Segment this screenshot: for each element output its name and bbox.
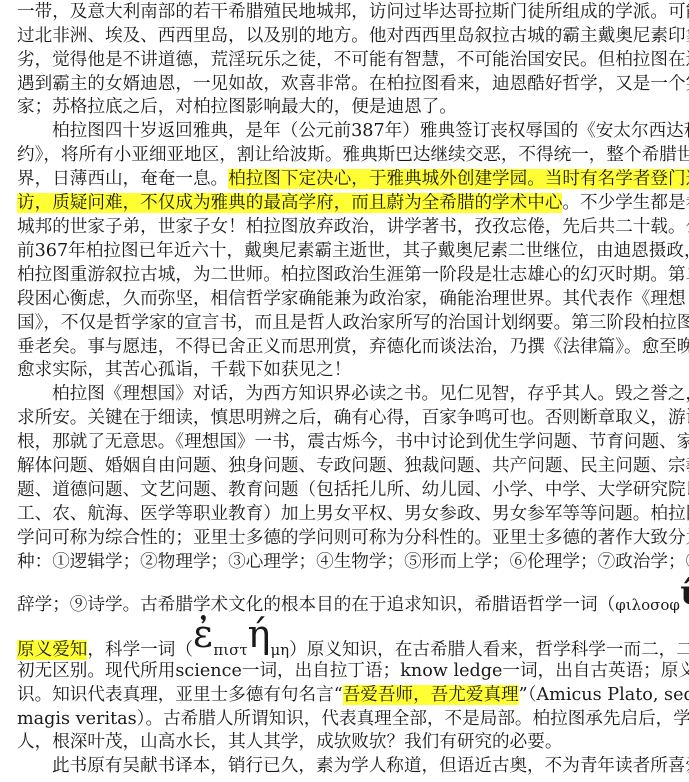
- highlighted-text: 柏拉图下定决心，于雅典城外创建学园。当时有名学者登门造: [228, 169, 689, 189]
- text-run: 辞学；⑨诗学。古希腊学术文化的根本目的在于追求知识，希腊语哲学一词（: [17, 595, 615, 615]
- text-line: 家；苏格拉底之后，对柏拉图影响最大的，便是迪恩了。: [17, 96, 669, 118]
- greek-accent-glyph: ἐ: [193, 612, 213, 656]
- text-line: 工、农、航海、医学等职业教育）加上男女平权、男女参政、男女参军等等问题。柏拉图的: [17, 503, 669, 525]
- text-line: 根，那就了无意思。《理想国》一书，震古烁今，书中讨论到优生学问题、节育问题、家庭: [17, 431, 669, 453]
- text-line: 解体问题、婚姻自由问题、独身问题、专政问题、独裁问题、共产问题、民主问题、宗教问: [17, 455, 669, 477]
- text-line: 此书原有吴献书译本，销行已久，素为学人称道，但语近古奥，不为青年读者所喜爱，: [52, 755, 669, 777]
- text-line: 一带，及意大利南部的若干希腊殖民地城邦，访问过毕达哥拉斯门徒所组成的学派。可能到: [17, 1, 669, 23]
- text-line: 劣，觉得他是不讲道德，荒淫玩乐之徒，不可能有智慧，不可能治国安民。但柏拉图在这里: [17, 49, 669, 71]
- text-line: 柏拉图重游叙拉古城，为二世师。柏拉图政治生涯第一阶段是壮志雄心的幻灭时期。第二阶: [17, 264, 669, 286]
- text-run: 。不少学生都是希腊: [562, 193, 689, 213]
- text-line: 国》，不仅是哲学家的宣言书，而且是哲人政治家所写的治国计划纲要。第三阶段柏拉图垂: [17, 312, 669, 334]
- text-line: 识。知识代表真理，亚里士多德有句名言“吾爱吾师，吾尤爱真理”（Amicus Pl…: [17, 684, 669, 706]
- greek-eta-glyph: ή: [248, 612, 271, 656]
- text-line: 求所安。关键在于细读，慎思明辨之后，确有心得，百家争鸣可也。否则断章取义，游谈无: [17, 407, 669, 429]
- greek-term-line: 辞学；⑨诗学。古希腊学术文化的根本目的在于追求知识，希腊语哲学一词（φιλοσο…: [17, 594, 669, 616]
- text-run: ，科学一词（: [87, 640, 193, 660]
- text-line: 初无区别。现代所用science一词，出自拉丁语；know ledge一词，出自…: [17, 660, 669, 682]
- text-line: 过北非洲、埃及、西西里岛，以及别的地方。他对西西里岛叙拉古城的霸主戴奥尼素印象恶: [17, 25, 669, 47]
- text-run: 识。知识代表真理，亚里士多德有句名言“: [17, 685, 343, 705]
- text-line: 访，质疑问难，不仅成为雅典的最高学府，而且蔚为全希腊的学术中心。不少学生都是希腊: [17, 192, 669, 214]
- text-line: 学问可称为综合性的；亚里士多德的学问则可称为分科性的。亚里士多德的著作大致分为九: [17, 527, 669, 549]
- text-line: magis veritas）。古希腊人所谓知识，代表真理全部，不是局部。柏拉图承…: [17, 708, 669, 730]
- text-line: 段困心衡虑，久而弥坚，相信哲学家确能兼为政治家，确能治理世界。其代表作《理想: [17, 288, 669, 310]
- text-line: 城邦的世家子弟，世家子女！柏拉图放弃政治，讲学著书，孜孜忘倦，先后共二十载。公元: [17, 216, 669, 238]
- greek-word: μη: [270, 641, 289, 659]
- science-term-line: 原义爱知，科学一词（ἐπιστήμη）原义知识，在古希腊人看来，哲学科学一而二，…: [17, 637, 669, 659]
- greek-accent-glyph: ί: [680, 573, 689, 613]
- text-line: 愈求实际，其苦心孤诣，千载下如获见之！: [17, 359, 669, 381]
- text-line: 约》，将所有小亚细亚地区，割让给波斯。雅典斯巴达继续交恶，不得统一，整个希腊世: [17, 144, 669, 166]
- highlighted-text: 访，质疑问难，不仅成为雅典的最高学府，而且蔚为全希腊的学术中心: [17, 193, 562, 213]
- text-line: 柏拉图《理想国》对话，为西方知识界必读之书。见仁见智，存乎其人。毁之誉之，各: [52, 383, 669, 405]
- highlighted-text: 原义爱知: [17, 640, 87, 660]
- text-run: ）原义知识，在古希腊人看来，哲学科学一而二，二而一，: [289, 640, 689, 660]
- highlighted-text: 吾爱吾师，吾尤爱真理: [343, 685, 519, 705]
- text-run: 界，日薄西山，奄奄一息。: [17, 169, 228, 189]
- text-line: 柏拉图四十岁返回雅典，是年（公元前387年）雅典签订丧权辱国的《安太尔西达和: [52, 120, 669, 142]
- text-run: ”（Amicus Plato, sed: [519, 685, 689, 705]
- text-line: 种：①逻辑学；②物理学；③心理学；④生物学；⑤形而上学；⑥伦理学；⑦政治学；⑧修: [17, 551, 669, 573]
- document-page: 一带，及意大利南部的若干希腊殖民地城邦，访问过毕达哥拉斯门徒所组成的学派。可能到…: [0, 0, 689, 782]
- text-line: 垂老矣。事与愿违，不得已舍正义而思刑赏，弃德化而谈法治，乃撰《法律篇》。愈至晚年: [17, 336, 669, 358]
- text-line: 界，日薄西山，奄奄一息。柏拉图下定决心，于雅典城外创建学园。当时有名学者登门造: [17, 168, 669, 190]
- text-line: 遇到霸主的女婿迪恩，一见如故，欢喜非常。在柏拉图看来，迪恩酷好哲学，又是一个实行: [17, 73, 669, 95]
- greek-word: πιστ: [213, 641, 247, 659]
- greek-word: φιλοσοφ: [615, 596, 680, 614]
- text-line: 人，根深叶茂，山高水长，其人其学，成欤败欤？我们有研究的必要。: [17, 731, 669, 753]
- text-line: 题、道德问题、文艺问题、教育问题（包括托儿所、幼儿园、小学、中学、大学研究院以及: [17, 479, 669, 501]
- text-line: 前367年柏拉图已年近六十，戴奥尼素霸主逝世，其子戴奥尼素二世继位，由迪恩摄政，…: [17, 240, 669, 262]
